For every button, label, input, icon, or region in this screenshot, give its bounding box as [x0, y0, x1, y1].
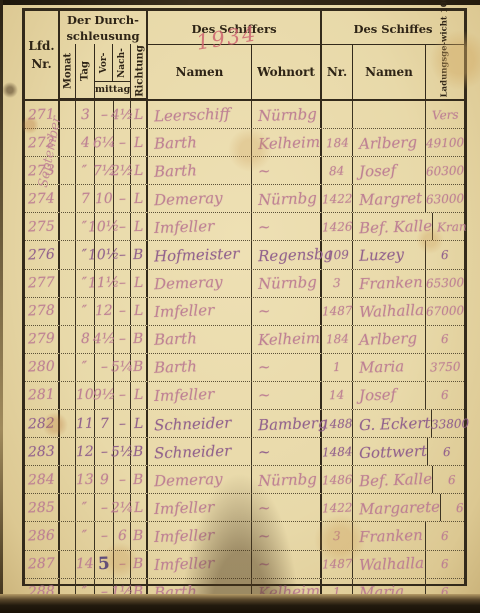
cell-schiffer-name: Barth — [148, 157, 252, 184]
value-wohnort: ~ — [258, 218, 271, 236]
value-schiff_name: Walhalla — [359, 301, 425, 321]
cell-ladungsgewicht: 6 — [428, 438, 466, 465]
value-schiff_nr: 1487 — [321, 304, 352, 319]
value-nr: 278 — [28, 303, 55, 320]
cell-lfd-nr: 275 — [25, 213, 60, 240]
cell-nachmittag: 2½ — [114, 157, 131, 184]
cell-richtung: L — [131, 185, 148, 212]
cell-schiff-name: Margarete — [353, 494, 441, 521]
value-schiff_nr: 84 — [329, 163, 345, 178]
value-tag: 14 — [76, 556, 94, 573]
value-ladung: 6 — [441, 332, 449, 346]
cell-schiff-name: G. Eckert — [353, 410, 432, 437]
header-schiff-nr: Nr. — [322, 45, 353, 99]
value-nr: 281 — [28, 387, 55, 404]
value-richtung: B — [133, 359, 144, 375]
value-schiff_nr: 1488 — [321, 416, 352, 431]
cell-monat — [60, 551, 76, 578]
cell-richtung: L — [131, 298, 148, 325]
value-tag: 10 — [76, 387, 94, 404]
value-richtung: B — [133, 528, 144, 544]
cell-ladungsgewicht: 60300 — [426, 157, 464, 184]
cell-schiff-name: Franken — [353, 522, 426, 549]
cell-wohnort: ~ — [252, 354, 322, 381]
value-ladung: 6 — [448, 473, 456, 487]
value-vor: – — [100, 528, 108, 544]
value-schiff_name: Walhalla — [359, 554, 425, 574]
table-row: 283 12 – 5½ B Schneider ~ 1484 Gottwert … — [25, 438, 464, 466]
cell-monat — [60, 326, 76, 353]
cell-schiffer-name: Hofmeister — [148, 241, 252, 268]
cell-vormittag: 5 — [95, 551, 114, 578]
cell-tag: ″ — [76, 298, 95, 325]
cell-schiffer-name: Schneider — [148, 410, 252, 437]
cell-monat — [60, 438, 76, 465]
cell-vormittag: 12 — [95, 298, 114, 325]
value-tag: 8 — [80, 331, 89, 347]
cell-schiff-name: Luzey — [353, 241, 426, 268]
value-wohnort: Nürnbg — [258, 189, 317, 209]
value-richtung: B — [133, 247, 144, 263]
value-nach: – — [118, 275, 126, 291]
header-wohnort: Wohnort — [252, 45, 320, 99]
value-ladung: 65300 — [426, 275, 465, 290]
value-schiff_name: Margarete — [359, 497, 441, 518]
cell-nachmittag: 5¼ — [114, 354, 131, 381]
cell-richtung: L — [131, 270, 148, 297]
cell-ladungsgewicht: 6 — [426, 382, 464, 409]
cell-schiffer-name: Imfeller — [148, 494, 252, 521]
value-schiffer: Imfeller — [154, 554, 215, 574]
header-lfd-nr: Lfd. Nr. — [25, 11, 60, 99]
value-richtung: L — [134, 163, 144, 179]
value-vor: 7 — [99, 415, 108, 431]
value-schiffer: Demeray — [154, 273, 223, 293]
value-tag: 12 — [76, 443, 94, 460]
value-schiffer: Leerschiff — [154, 104, 231, 125]
value-schiff_name: G. Eckert — [359, 413, 431, 433]
value-richtung: L — [134, 387, 144, 403]
value-vor: 4½ — [92, 331, 115, 348]
value-nr: 287 — [28, 556, 55, 573]
cell-schiffer-name: Demeray — [148, 185, 252, 212]
cell-ladungsgewicht: 6 — [426, 522, 464, 549]
value-ladung: 63000 — [426, 191, 465, 206]
table-row: 274 7 10 – L Demeray Nürnbg 1422 Margret… — [25, 185, 464, 213]
value-nach: – — [118, 247, 126, 263]
cell-lfd-nr: 282 — [25, 410, 60, 437]
value-schiffer: Imfeller — [154, 385, 215, 405]
cell-wohnort: ~ — [252, 551, 322, 578]
cell-richtung: B — [131, 466, 148, 493]
cell-schiffer-name: Barth — [148, 129, 252, 156]
header-vor: Vor- — [95, 44, 113, 81]
value-richtung: L — [134, 415, 144, 431]
value-schiff_nr: 1487 — [321, 557, 352, 572]
cell-nachmittag: – — [114, 129, 131, 156]
cell-schiff-name: Walhalla — [353, 298, 426, 325]
cell-vormittag: 9 — [95, 466, 114, 493]
header-schiff-namen: Namen — [353, 45, 426, 99]
cell-schiff-name — [353, 101, 426, 128]
cell-richtung: L — [131, 494, 148, 521]
value-schiff_nr: 1486 — [321, 472, 352, 487]
cell-vormittag: 11½ — [95, 270, 114, 297]
table-row: 275 ″ 10½ – L Imfeller ~ 1426 Bef. Kalle… — [25, 213, 464, 241]
value-wohnort: Kelheim — [258, 133, 321, 153]
value-nach: – — [118, 303, 126, 319]
cell-wohnort: Kelheim — [252, 129, 322, 156]
value-richtung: B — [133, 331, 144, 347]
value-tag: 3 — [80, 106, 89, 122]
value-schiff_nr: 184 — [325, 135, 348, 150]
cell-schiff-nr — [322, 101, 353, 128]
cell-monat — [60, 494, 76, 521]
value-schiff_name: Franken — [359, 273, 423, 293]
cell-monat — [60, 213, 76, 240]
cell-schiff-nr: 84 — [322, 157, 353, 184]
value-schiff_name: Bef. Kalle — [359, 469, 433, 490]
header-nach: Nach- — [113, 44, 130, 81]
value-wohnort: ~ — [258, 358, 271, 376]
value-wohnort: ~ — [258, 499, 271, 517]
value-vor: 9½ — [92, 387, 115, 404]
value-schiffer: Imfeller — [154, 498, 215, 518]
value-wohnort: ~ — [258, 302, 271, 320]
cell-monat — [60, 129, 76, 156]
value-schiffer: Schneider — [154, 413, 232, 434]
cell-schiffer-name: Imfeller — [148, 213, 252, 240]
cell-wohnort: Nürnbg — [252, 466, 322, 493]
value-richtung: L — [134, 303, 144, 319]
cell-richtung: B — [131, 438, 148, 465]
value-nach: – — [118, 135, 126, 151]
value-ladung: 3750 — [429, 360, 460, 375]
cell-ladungsgewicht: Vers — [426, 101, 464, 128]
cell-nachmittag: – — [114, 213, 131, 240]
value-tag: ″ — [82, 163, 88, 179]
cell-monat — [60, 270, 76, 297]
cell-wohnort: Nürnbg — [252, 270, 322, 297]
value-wohnort: Nürnbg — [258, 105, 317, 125]
value-nr: 282 — [28, 415, 55, 432]
value-schiff_nr: 14 — [329, 388, 345, 403]
header-tag: Tag — [76, 44, 95, 98]
cell-nachmittag: – — [114, 185, 131, 212]
cell-ladungsgewicht: 6 — [441, 494, 479, 521]
cell-richtung: L — [131, 382, 148, 409]
value-schiffer: Imfeller — [154, 526, 215, 546]
cell-vormittag: 4½ — [95, 326, 114, 353]
value-schiff_nr: 1484 — [321, 444, 352, 459]
cell-tag: 14 — [76, 551, 95, 578]
value-vor: – — [100, 106, 108, 122]
value-wohnort: Nürnbg — [258, 273, 317, 293]
value-nach: 6 — [117, 528, 126, 544]
cell-wohnort: ~ — [252, 522, 322, 549]
value-ladung: 60300 — [426, 163, 465, 178]
cell-vormittag: 7 — [95, 410, 114, 437]
cell-wohnort: Kelheim — [252, 326, 322, 353]
value-ladung: 49100 — [426, 135, 465, 150]
value-tag: 4 — [80, 134, 89, 150]
table-row: 279 8 4½ – B Barth Kelheim 184 Arlberg 6 — [25, 326, 464, 354]
value-nr: 284 — [28, 471, 55, 488]
value-nach: – — [118, 387, 126, 403]
value-nach: – — [118, 556, 126, 572]
cell-tag: 12 — [76, 438, 95, 465]
value-richtung: B — [133, 443, 144, 459]
value-ladung: 67000 — [426, 304, 465, 319]
value-ladung: 6 — [441, 388, 449, 402]
cell-schiff-name: Bef. Kalle — [353, 213, 433, 240]
cell-schiff-nr: 1422 — [322, 185, 353, 212]
value-wohnort: ~ — [258, 555, 271, 573]
cell-lfd-nr: 287 — [25, 551, 60, 578]
value-schiff_nr: 3 — [333, 276, 341, 290]
cell-ladungsgewicht: 6 — [433, 466, 471, 493]
cell-schiff-nr: 1486 — [322, 466, 353, 493]
cell-lfd-nr: 285 — [25, 494, 60, 521]
cell-ladungsgewicht: 63000 — [426, 185, 464, 212]
cell-ladungsgewicht: 67000 — [426, 298, 464, 325]
value-richtung: L — [134, 191, 144, 207]
cell-schiff-nr: 1487 — [322, 298, 353, 325]
value-nr: 285 — [28, 499, 55, 516]
value-schiffer: Schneider — [154, 441, 232, 462]
cell-schiff-nr: 1487 — [322, 551, 353, 578]
value-schiff_name: Bef. Kalle — [359, 217, 433, 238]
value-ladung: 6 — [441, 529, 449, 543]
value-schiffer: Demeray — [154, 470, 223, 490]
cell-nachmittag: – — [114, 466, 131, 493]
cell-monat — [60, 410, 76, 437]
value-ladung: 33800 — [431, 416, 470, 431]
cell-nachmittag: – — [114, 241, 131, 268]
table-row: 284 13 9 – B Demeray Nürnbg 1486 Bef. Ka… — [25, 466, 464, 494]
cell-schiff-name: Franken — [353, 270, 426, 297]
cell-richtung: B — [131, 354, 148, 381]
value-wohnort: Kelheim — [258, 329, 321, 349]
cell-schiffer-name: Imfeller — [148, 382, 252, 409]
table-row: 271 3 – 4½ L Leerschiff Nürnbg Vers — [25, 101, 464, 129]
cell-schiff-nr: 184 — [322, 129, 353, 156]
cell-nachmittag: – — [114, 382, 131, 409]
table-body: 271 3 – 4½ L Leerschiff Nürnbg Vers 272 … — [25, 101, 464, 606]
value-tag: ″ — [82, 359, 88, 375]
cell-schiff-nr: 3 — [322, 522, 353, 549]
cell-schiff-nr: 1422 — [322, 494, 353, 521]
cell-lfd-nr: 280 — [25, 354, 60, 381]
ledger-table: Lfd. Nr. Der Durch- schleusung Monat Tag… — [22, 8, 467, 586]
cell-vormittag: 9½ — [95, 382, 114, 409]
cell-schiff-name: Bef. Kalle — [353, 466, 433, 493]
cell-schiff-name: Arlberg — [353, 326, 426, 353]
value-nr: 277 — [28, 275, 55, 292]
value-schiff_nr: 1426 — [321, 219, 352, 234]
value-schiff_name: Maria — [359, 358, 405, 378]
cell-schiff-name: Maria — [353, 354, 426, 381]
value-schiff_nr: 3 — [333, 529, 341, 543]
cell-nachmittag: 4½ — [114, 101, 131, 128]
cell-lfd-nr: 277 — [25, 270, 60, 297]
value-richtung: L — [134, 106, 144, 122]
header-richtung: Richtung — [131, 44, 148, 98]
value-nach: – — [118, 415, 126, 431]
cell-nachmittag: 6 — [114, 522, 131, 549]
value-schiffer: Imfeller — [154, 217, 215, 237]
cell-schiffer-name: Demeray — [148, 466, 252, 493]
value-schiff_name: Josef — [359, 386, 397, 405]
value-richtung: L — [134, 219, 144, 235]
value-nr: 279 — [28, 331, 55, 348]
cell-richtung: L — [131, 101, 148, 128]
cell-nachmittag: 2¼ — [114, 494, 131, 521]
cell-lfd-nr: 284 — [25, 466, 60, 493]
value-ladung: Vers — [431, 107, 458, 122]
value-schiffer: Barth — [154, 161, 197, 180]
cell-nachmittag: – — [114, 410, 131, 437]
value-nach: – — [118, 219, 126, 235]
cell-monat — [60, 354, 76, 381]
cell-monat — [60, 382, 76, 409]
value-schiffer: Hofmeister — [154, 245, 240, 266]
value-vor: 10 — [95, 191, 113, 208]
value-tag: 7 — [80, 191, 89, 207]
table-row: 281 10 9½ – L Imfeller ~ 14 Josef 6 — [25, 382, 464, 410]
cell-ladungsgewicht: Kran — [433, 213, 471, 240]
value-richtung: L — [134, 134, 144, 150]
cell-lfd-nr: 274 — [25, 185, 60, 212]
table-row: 277 ″ 11½ – L Demeray Nürnbg 3 Franken 6… — [25, 270, 464, 298]
value-richtung: L — [134, 275, 144, 291]
cell-richtung: B — [131, 241, 148, 268]
cell-lfd-nr: 281 — [25, 382, 60, 409]
value-ladung: 6 — [456, 501, 464, 515]
cell-lfd-nr: 279 — [25, 326, 60, 353]
cell-schiffer-name: Demeray — [148, 270, 252, 297]
cell-nachmittag: – — [114, 551, 131, 578]
cell-schiffer-name: Imfeller — [148, 522, 252, 549]
cell-schiffer-name: Imfeller — [148, 298, 252, 325]
table-row: 287 14 5 – B Imfeller ~ 1487 Walhalla 6 — [25, 551, 464, 579]
table-row: 273 ″ 7½ 2½ L Barth ~ 84 Josef 60300 — [25, 157, 464, 185]
value-schiff_name: Margret — [359, 189, 423, 209]
value-schiff_name: Gottwert — [359, 441, 428, 461]
value-vor: – — [100, 500, 108, 516]
cell-lfd-nr: 286 — [25, 522, 60, 549]
cell-nachmittag: 5½ — [114, 438, 131, 465]
value-vor: – — [100, 444, 108, 460]
table-row: 282 11 7 – L Schneider Bamberg 1488 G. E… — [25, 410, 464, 438]
cell-tag: 7 — [76, 185, 95, 212]
cell-monat — [60, 522, 76, 549]
cell-richtung: B — [131, 326, 148, 353]
value-wohnort: ~ — [258, 162, 271, 180]
header-mittag: mittag — [95, 81, 130, 98]
header-lfd-line1: Lfd. — [25, 37, 58, 55]
table-row: 280 ″ – 5¼ B Barth ~ 1 Maria 3750 — [25, 354, 464, 382]
cell-lfd-nr: 276 — [25, 241, 60, 268]
value-vor: – — [100, 359, 108, 375]
cell-schiff-nr: 109 — [322, 241, 353, 268]
cell-wohnort: Nürnbg — [252, 185, 322, 212]
cell-schiff-nr: 1426 — [322, 213, 353, 240]
cell-ladungsgewicht: 6 — [426, 241, 464, 268]
cell-vormittag: 10½ — [95, 213, 114, 240]
value-nach: – — [118, 331, 126, 347]
cell-schiff-nr: 1 — [322, 354, 353, 381]
cell-tag: ″ — [76, 354, 95, 381]
cell-schiffer-name: Imfeller — [148, 551, 252, 578]
value-nr: 274 — [28, 190, 55, 207]
value-schiff_nr: 1 — [333, 360, 341, 374]
cell-schiff-name: Margret — [353, 185, 426, 212]
cell-richtung: L — [131, 213, 148, 240]
value-schiff_nr: 109 — [325, 248, 348, 263]
cell-tag: ″ — [76, 494, 95, 521]
value-tag: 11 — [76, 415, 94, 432]
value-schiff_name: Luzey — [359, 245, 404, 265]
cell-schiff-name: Gottwert — [353, 438, 428, 465]
header-lfd-line2: Nr. — [25, 55, 58, 73]
cell-nachmittag: – — [114, 270, 131, 297]
header-monat: Monat — [60, 44, 76, 98]
header-durchschleusung-line1: Der Durch- — [60, 11, 146, 27]
value-ladung: 6 — [441, 557, 449, 571]
cell-wohnort: ~ — [252, 382, 322, 409]
table-row: 286 ″ – 6 B Imfeller ~ 3 Franken 6 — [25, 522, 464, 550]
table-row: 276 ″ 10½ – B Hofmeister Regensbg 109 Lu… — [25, 241, 464, 269]
cell-nachmittag: – — [114, 326, 131, 353]
cell-schiff-name: Walhalla — [353, 551, 426, 578]
value-schiff_name: Arlberg — [359, 133, 418, 153]
cell-wohnort: Regensbg — [252, 241, 322, 268]
cell-schiff-name: Josef — [353, 382, 426, 409]
cell-ladungsgewicht: 3750 — [426, 354, 464, 381]
cell-tag: ″ — [76, 522, 95, 549]
cell-wohnort: ~ — [252, 213, 322, 240]
header-group-durchschleusung: Der Durch- schleusung Monat Tag Vor- Nac… — [60, 11, 148, 99]
cell-lfd-nr: 278 — [25, 298, 60, 325]
value-vor: 5 — [98, 554, 111, 574]
cell-vormittag: – — [95, 522, 114, 549]
cell-ladungsgewicht: 65300 — [426, 270, 464, 297]
value-vor: 9 — [99, 472, 108, 488]
value-schiff_name: Franken — [359, 526, 423, 546]
cell-richtung: L — [131, 157, 148, 184]
value-wohnort: Bamberg — [258, 413, 328, 433]
cell-schiffer-name: Barth — [148, 354, 252, 381]
cell-wohnort: ~ — [252, 494, 322, 521]
value-schiff_name: Josef — [359, 161, 397, 180]
value-wohnort: ~ — [258, 527, 271, 545]
cell-wohnort: ~ — [252, 438, 322, 465]
value-richtung: B — [133, 556, 144, 572]
value-ladung: 6 — [443, 445, 451, 459]
value-schiff_name: Arlberg — [359, 329, 418, 349]
cell-monat — [60, 157, 76, 184]
cell-richtung: B — [131, 522, 148, 549]
header-ladungsgewicht: Ladungsge-wicht 100 kg — [426, 45, 464, 99]
value-schiff_nr: 1422 — [321, 500, 352, 515]
value-vor: 6¼ — [92, 134, 115, 151]
scanned-ledger-page: Lfd. Nr. Der Durch- schleusung Monat Tag… — [0, 0, 480, 613]
value-ladung: 6 — [441, 248, 449, 262]
value-tag: ″ — [82, 500, 88, 516]
cell-wohnort: ~ — [252, 157, 322, 184]
value-schiffer: Barth — [154, 358, 197, 377]
